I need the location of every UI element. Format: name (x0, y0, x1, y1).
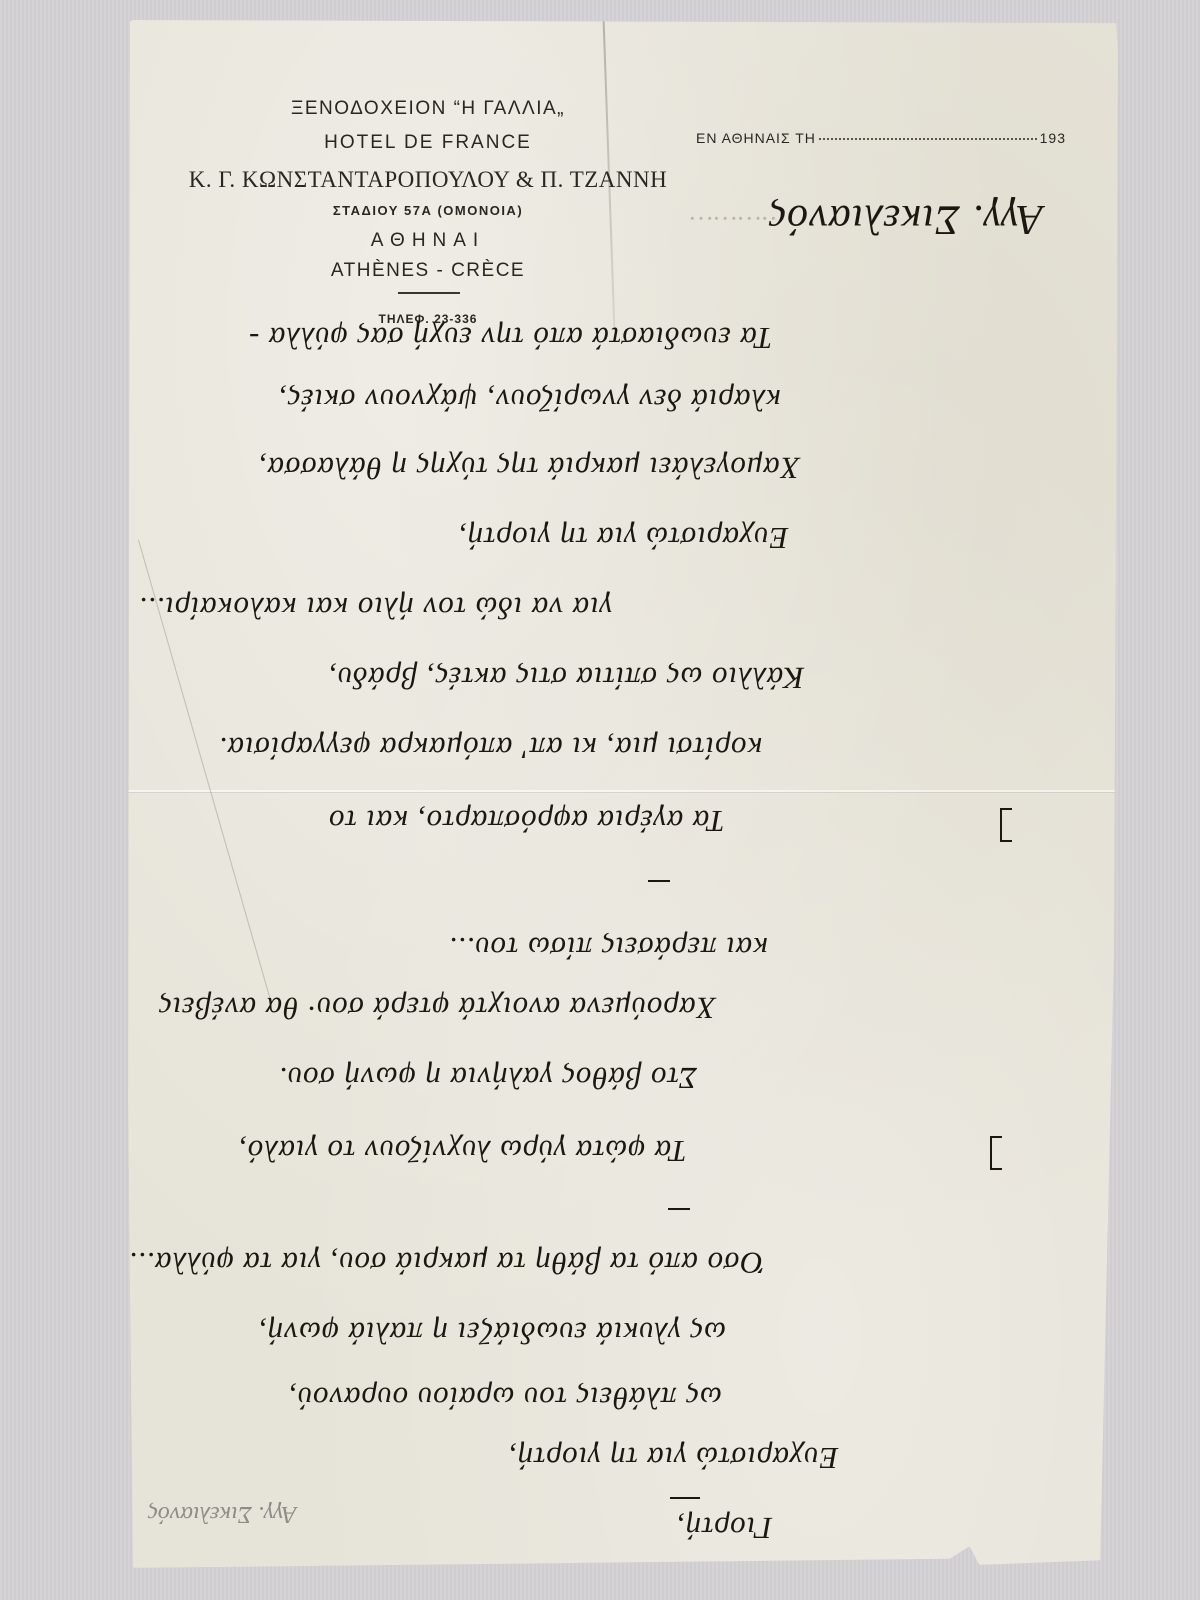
handwritten-line: ως γλυκιά ευωδιάζει η παλιά φωνή, (258, 1315, 726, 1351)
signature: Αγγ. Σικελιανός (768, 195, 1043, 243)
hotel-name-greek: ΞΕΝΟΔΟΧΕΙΟΝ “Η ΓΑΛΛΙΑ„ (218, 98, 638, 120)
handwritten-line: Στο βάθος γαλήνια η φωνή σου. (278, 1060, 697, 1096)
section-dash (648, 880, 670, 882)
handwritten-line: Ευχαριστώ για τη γιορτή, (508, 1440, 838, 1476)
date-dotted-field (819, 138, 1037, 140)
handwritten-line: Τα αγέρια αφρόσπαρτο, και το (328, 803, 725, 839)
pencil-note: Αγγ. Σικελιανός (148, 1500, 296, 1527)
date-prefix: ΕΝ ΑΘΗΝΑΙΣ ΤΗ (696, 130, 816, 146)
city-greek: ΑΘΗΝΑΙ (218, 230, 638, 252)
bracket-mark (1000, 808, 1012, 842)
handwritten-line: ως πλάθεις του ωραίου ουρανού, (288, 1380, 722, 1416)
hotel-name-french: HOTEL DE FRANCE (218, 132, 638, 154)
section-dash (670, 1497, 700, 1499)
handwritten-line: κλαριά δεν γνωρίζουν, ψάχνουν σκιές, (278, 382, 781, 418)
handwritten-line: για να ιδώ τον ήλιο και καλοκαίρι... (138, 590, 612, 626)
handwritten-line: και περάσεις πίσω του... (448, 930, 768, 966)
handwritten-line: κορίτσι μια, κι απ' απόμακρα φεγγαρίσια. (218, 730, 762, 766)
handwritten-line: Όσο από τα βάθη τα μακριά σου, για τα φύ… (128, 1245, 763, 1281)
handwritten-line: Χαρούμενα ανοιχτά φτερά σου· θα ανέβεις (158, 990, 716, 1026)
handwritten-line: Χαμογελάει μακριά της τύχης η θάλασσα, (258, 450, 800, 486)
letterhead-divider (398, 292, 460, 294)
section-dash (668, 1208, 690, 1210)
fold-line (128, 790, 1118, 792)
hotel-owners: Κ. Γ. ΚΩΝΣΤΑΝΤΑΡΟΠΟΥΛΟΥ & Π. ΤΖΑΝΝΗ (168, 167, 688, 193)
date-line: ΕΝ ΑΘΗΝΑΙΣ ΤΗ 193 (696, 130, 1066, 146)
bracket-mark (990, 1136, 1002, 1170)
handwritten-line: Γιορτή, (676, 1510, 772, 1546)
handwritten-line: Κάλλιο ως σπίτια στις ακτές, βράδυ, (328, 660, 804, 696)
handwritten-line: Τα φώτα γύρω λυχνίζουν το γιαλό, (238, 1133, 687, 1169)
handwritten-line: Ευχαριστώ για τη γιορτή, (458, 520, 788, 556)
letter-sheet: ΞΕΝΟΔΟΧΕΙΟΝ “Η ΓΑΛΛΙΑ„ HOTEL DE FRANCE Κ… (128, 20, 1118, 1568)
city-french: ATHÈNES - CRÈCE (218, 260, 638, 282)
hotel-address: ΣΤΑΔΙΟΥ 57Α (ΟΜΟΝΟΙΑ) (218, 203, 638, 218)
handwritten-line: Τα ευωδιαστά από την ευχή σας φύλλα - (248, 320, 772, 356)
date-year-prefix: 193 (1040, 130, 1066, 146)
